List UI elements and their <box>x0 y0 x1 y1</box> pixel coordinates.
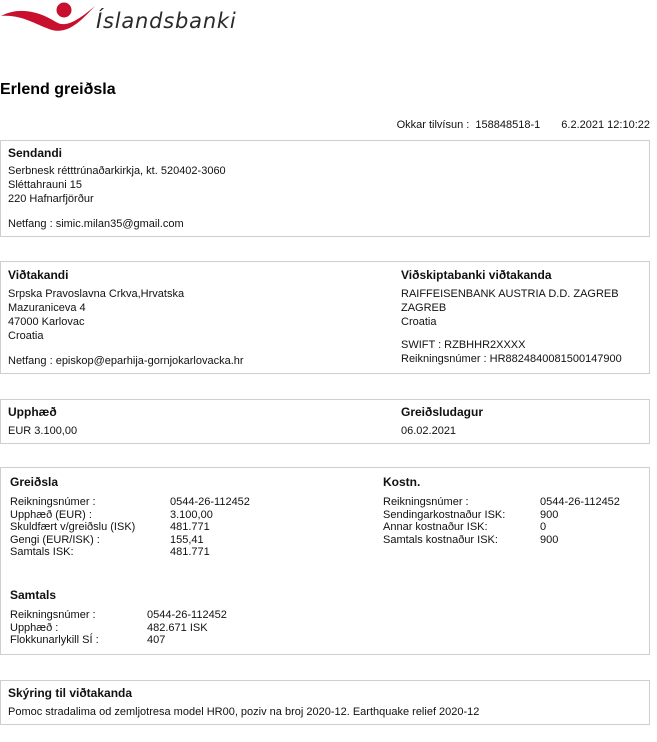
sender-heading: Sendandi <box>8 146 62 160</box>
brand-name: Íslandsbanki <box>96 9 237 33</box>
recipient-bank-line: RAIFFEISENBANK AUSTRIA D.D. ZAGREB <box>401 287 619 301</box>
sender-line: Serbnesk rétttrúnaðarkirkja, kt. 520402-… <box>8 164 226 178</box>
payment-date-value: 06.02.2021 <box>401 425 456 437</box>
table-row: Samtals ISK:481.771 <box>10 546 250 559</box>
explanation-section: Skýring til viðtakanda Pomoc stradalima … <box>0 680 650 725</box>
sender-section: Sendandi Serbnesk rétttrúnaðarkirkja, kt… <box>0 140 650 237</box>
swift-code: SWIFT : RZBHHR2XXXX <box>401 338 622 352</box>
explanation-heading: Skýring til viðtakanda <box>8 686 132 700</box>
reference-label: Okkar tilvísun : <box>397 119 470 131</box>
table-row: Gengi (EUR/ISK) :155,41 <box>10 534 250 547</box>
table-row: Skuldfært v/greiðslu (ISK)481.771 <box>10 521 250 534</box>
table-row: Reikningsnúmer :0544-26-112452 <box>10 609 227 622</box>
page-title: Erlend greiðsla <box>0 81 116 99</box>
payment-table: Reikningsnúmer :0544-26-112452 Upphæð (E… <box>10 496 250 559</box>
table-row: Flokkunarlykill SÍ :407 <box>10 634 227 647</box>
reference-datetime: 6.2.2021 12:10:22 <box>561 119 650 131</box>
sender-line: 220 Hafnarfjörður <box>8 192 226 206</box>
recipient-line: Croatia <box>8 329 184 343</box>
amount-value: EUR 3.100,00 <box>8 425 77 437</box>
bank-logo: Íslandsbanki <box>0 0 230 40</box>
amount-section: Upphæð EUR 3.100,00 Greiðsludagur 06.02.… <box>0 399 650 444</box>
recipient-bank-details: SWIFT : RZBHHR2XXXX Reikningsnúmer : HR8… <box>401 338 622 366</box>
table-row: Sendingarkostnaður ISK:900 <box>383 509 620 522</box>
recipient-section: Viðtakandi Srpska Pravoslavna Crkva,Hrva… <box>0 261 650 374</box>
recipient-account: Reikningsnúmer : HR8824840081500147900 <box>401 352 622 366</box>
recipient-address: Srpska Pravoslavna Crkva,Hrvatska Mazura… <box>8 287 184 343</box>
costs-table: Reikningsnúmer :0544-26-112452 Sendingar… <box>383 496 620 546</box>
payment-details-section: Greiðsla Reikningsnúmer :0544-26-112452 … <box>0 467 650 655</box>
totals-table: Reikningsnúmer :0544-26-112452 Upphæð :4… <box>10 609 227 647</box>
recipient-bank-address: RAIFFEISENBANK AUSTRIA D.D. ZAGREB ZAGRE… <box>401 287 619 329</box>
table-row: Reikningsnúmer :0544-26-112452 <box>10 496 250 509</box>
payment-heading: Greiðsla <box>10 475 58 489</box>
reference-line: Okkar tilvísun : 158848518-1 6.2.2021 12… <box>397 119 650 131</box>
recipient-bank-line: Croatia <box>401 315 619 329</box>
amount-heading: Upphæð <box>8 405 57 419</box>
explanation-text: Pomoc stradalima od zemljotresa model HR… <box>8 706 479 718</box>
table-row: Reikningsnúmer :0544-26-112452 <box>383 496 620 509</box>
table-row: Samtals kostnaður ISK:900 <box>383 534 620 547</box>
islandsbanki-logo-icon <box>0 0 96 40</box>
recipient-heading: Viðtakandi <box>8 268 68 282</box>
recipient-bank-heading: Viðskiptabanki viðtakanda <box>401 268 552 282</box>
recipient-email: Netfang : episkop@eparhija-gornjokarlova… <box>8 355 244 367</box>
payment-date-heading: Greiðsludagur <box>401 405 483 419</box>
reference-value: 158848518-1 <box>475 119 540 131</box>
recipient-line: Srpska Pravoslavna Crkva,Hrvatska <box>8 287 184 301</box>
recipient-bank-line: ZAGREB <box>401 301 619 315</box>
sender-address: Serbnesk rétttrúnaðarkirkja, kt. 520402-… <box>8 164 226 206</box>
sender-email: Netfang : simic.milan35@gmail.com <box>8 218 184 230</box>
recipient-line: Mazuraniceva 4 <box>8 301 184 315</box>
sender-line: Sléttahrauni 15 <box>8 178 226 192</box>
costs-heading: Kostn. <box>383 475 420 489</box>
table-row: Upphæð :482.671 ISK <box>10 622 227 635</box>
table-row: Annar kostnaður ISK:0 <box>383 521 620 534</box>
totals-heading: Samtals <box>10 588 56 602</box>
recipient-line: 47000 Karlovac <box>8 315 184 329</box>
table-row: Upphæð (EUR) :3.100,00 <box>10 509 250 522</box>
